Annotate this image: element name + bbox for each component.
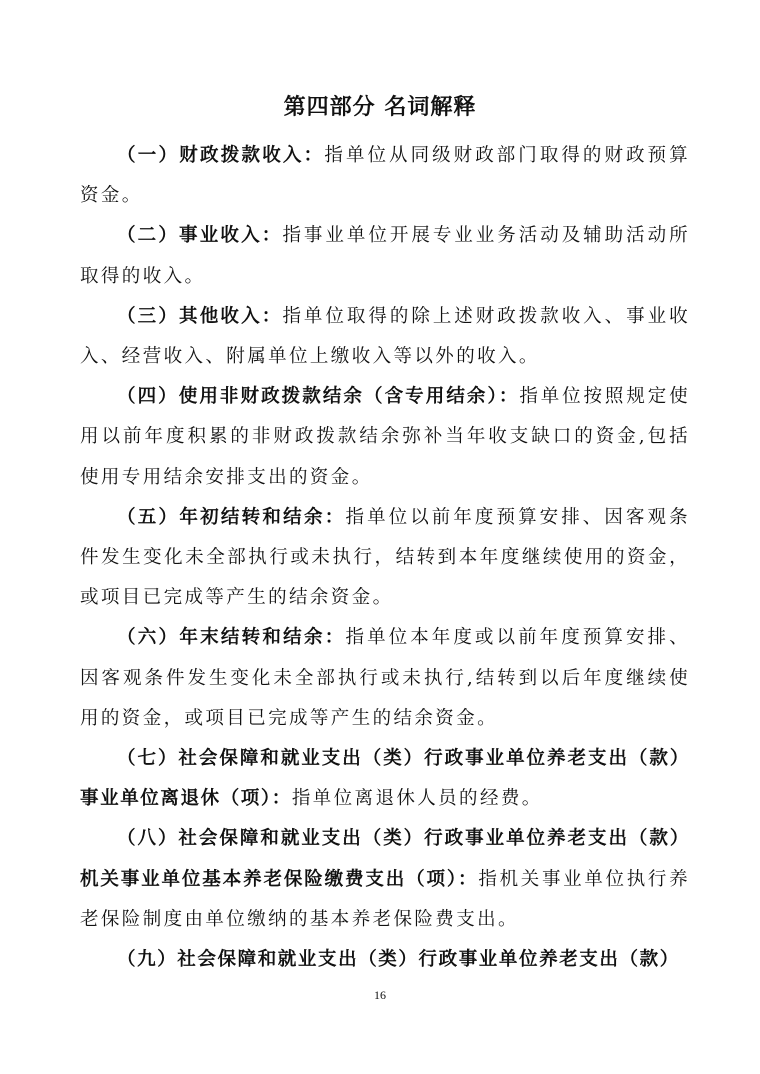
definition-item: （三）其他收入：指单位取得的除上述财政拨款收入、事业收入、经营收入、附属单位上缴… xyxy=(80,297,690,377)
definition-item: （八）社会保障和就业支出（类）行政事业单位养老支出（款）机关事业单位基本养老保险… xyxy=(80,819,690,940)
definitions-list: （一）财政拨款收入：指单位从同级财政部门取得的财政预算资金。 （二）事业收入：指… xyxy=(80,136,690,980)
definition-term: （二）事业收入： xyxy=(117,225,282,246)
definition-term: （六）年末结转和结余： xyxy=(117,627,346,648)
page-number: 16 xyxy=(0,988,760,1003)
page-title: 第四部分 名词解释 xyxy=(0,90,760,121)
definition-term: （四）使用非财政拨款结余（含专用结余）： xyxy=(117,386,519,407)
definition-term: （九）社会保障和就业支出（类）行政事业单位养老支出（款） xyxy=(117,949,680,970)
definition-item: （七）社会保障和就业支出（类）行政事业单位养老支出（款）事业单位离退休（项）：指… xyxy=(80,739,690,819)
definition-item: （一）财政拨款收入：指单位从同级财政部门取得的财政预算资金。 xyxy=(80,136,690,216)
definition-item: （二）事业收入：指事业单位开展专业业务活动及辅助活动所取得的收入。 xyxy=(80,216,690,296)
definition-item: （五）年初结转和结余：指单位以前年度预算安排、因客观条件发生变化未全部执行或未执… xyxy=(80,498,690,619)
definition-item: （四）使用非财政拨款结余（含专用结余）：指单位按照规定使用以前年度积累的非财政拨… xyxy=(80,377,690,498)
definition-term: （三）其他收入： xyxy=(117,306,282,327)
definition-item: （九）社会保障和就业支出（类）行政事业单位养老支出（款） xyxy=(80,940,690,980)
definition-term: （一）财政拨款收入： xyxy=(117,145,324,166)
definition-term: （五）年初结转和结余： xyxy=(117,507,346,528)
definition-item: （六）年末结转和结余：指单位本年度或以前年度预算安排、因客观条件发生变化未全部执… xyxy=(80,618,690,739)
definition-text: 指单位离退休人员的经费。 xyxy=(292,788,543,809)
